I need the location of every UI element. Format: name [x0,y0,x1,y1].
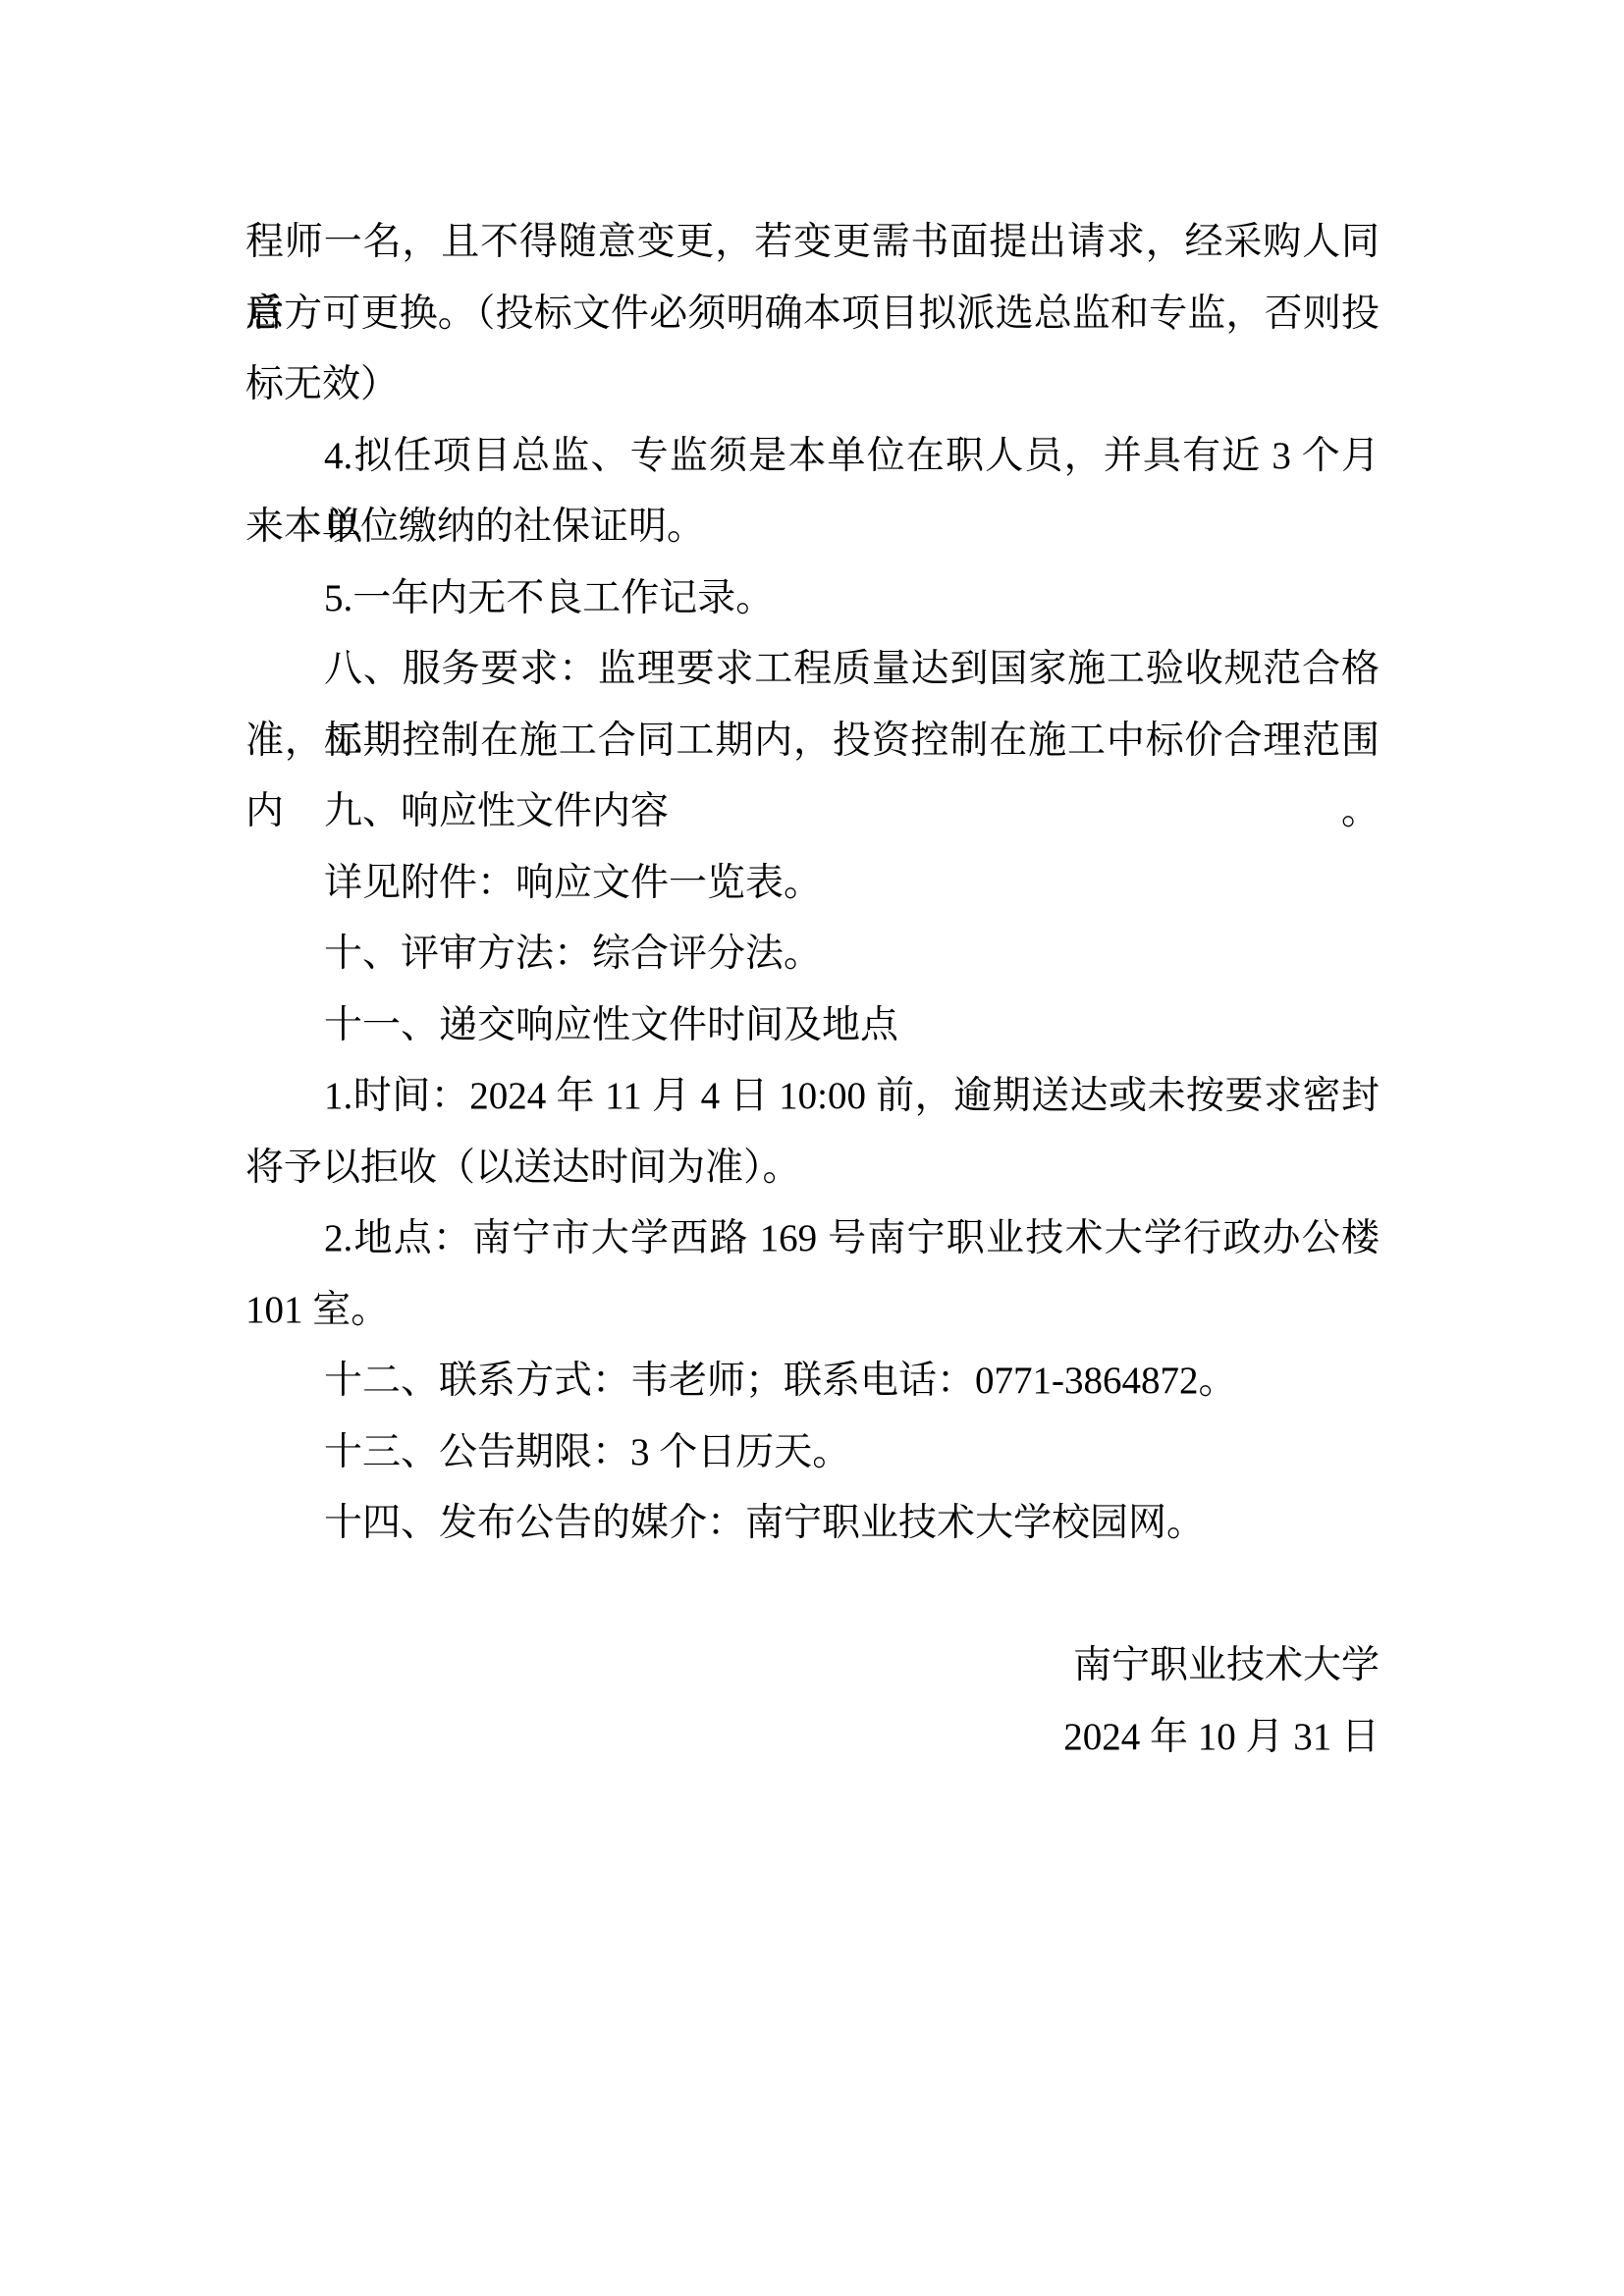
document-body: 程师一名，且不得随意变更，若变更需书面提出请求，经采购人同意后方可更换。（投标文… [245,0,1380,1773]
body-line: 十二、联系方式：韦老师；联系电话：0771-3864872。 [245,1346,1380,1417]
body-line: 后方可更换。（投标文件必须明确本项目拟派选总监和专监，否则投 [245,279,1380,350]
body-line: 101 室。 [245,1275,1380,1347]
body-line: 十三、公告期限：3 个日历天。 [245,1417,1380,1489]
body-text-lines: 程师一名，且不得随意变更，若变更需书面提出请求，经采购人同意后方可更换。（投标文… [245,207,1380,1630]
body-line: 5.一年内无不良工作记录。 [245,563,1380,635]
signature-date-line: 2024 年 10 月 31 日 [245,1702,1380,1774]
body-line: 将予以拒收（以送达时间为准）。 [245,1133,1380,1204]
body-line [245,1560,1380,1631]
body-line: 标无效） [245,349,1380,421]
body-line: 准，工期控制在施工合同工期内，投资控制在施工中标价合理范围内。 [245,706,1380,777]
body-line: 4.拟任项目总监、专监须是本单位在职人员，并具有近 3 个月以 [245,421,1380,493]
body-line: 十四、发布公告的媒介：南宁职业技术大学校园网。 [245,1488,1380,1560]
body-line: 1.时间：2024 年 11 月 4 日 10:00 前，逾期送达或未按要求密封 [245,1061,1380,1133]
body-line: 详见附件：响应文件一览表。 [245,848,1380,920]
signature-org-line: 南宁职业技术大学 [245,1630,1380,1702]
document-page: 程师一名，且不得随意变更，若变更需书面提出请求，经采购人同意后方可更换。（投标文… [0,0,1624,2296]
body-line: 来本单位缴纳的社保证明。 [245,492,1380,563]
body-line: 十、评审方法：综合评分法。 [245,919,1380,990]
body-line: 十一、递交响应性文件时间及地点 [245,990,1380,1062]
body-line: 2.地点：南宁市大学西路 169 号南宁职业技术大学行政办公楼 [245,1203,1380,1275]
body-line: 程师一名，且不得随意变更，若变更需书面提出请求，经采购人同意 [245,207,1380,279]
body-line: 八、服务要求：监理要求工程质量达到国家施工验收规范合格标 [245,634,1380,706]
